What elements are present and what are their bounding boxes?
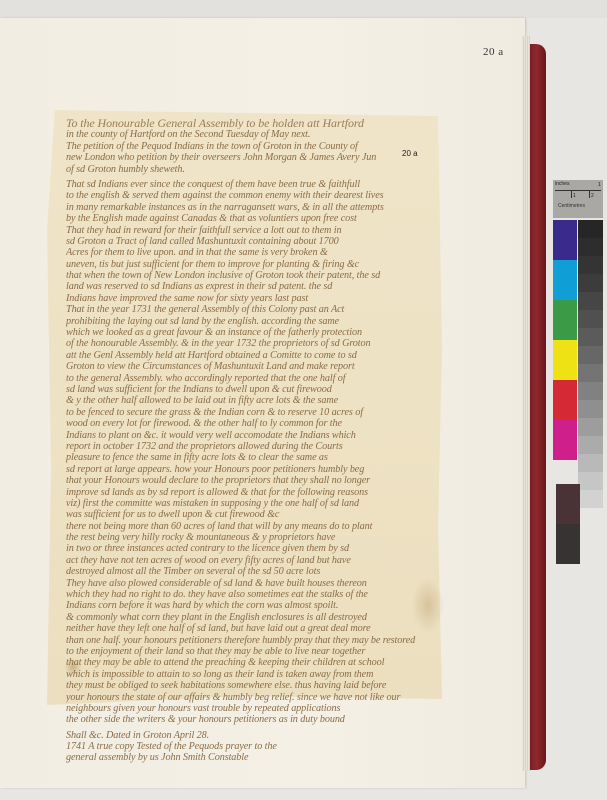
manuscript-line: to the english & served them against the… [66, 190, 438, 201]
gray-step [578, 310, 603, 328]
red-leather-binding [530, 44, 546, 770]
cm-tick [589, 190, 590, 198]
manuscript-line: 1741 A true copy Tested of the Pequods p… [66, 741, 438, 752]
manuscript-line: to the general Assembly. who accordingly… [66, 373, 438, 384]
manuscript-line: by the English made against Canadas & th… [66, 213, 438, 224]
manuscript-line: new London who petition by their oversee… [66, 152, 438, 163]
manuscript-line: there not being more than 60 acres of la… [66, 521, 438, 532]
gray-step [578, 274, 603, 292]
manuscript-line: pleasure to fence the same in fifty acre… [66, 452, 438, 463]
manuscript-line: Acres for them to live upon. and in that… [66, 247, 438, 258]
cm-tick-label: 2 [591, 193, 594, 199]
manuscript-line: Indians have improved the same now for s… [66, 293, 438, 304]
manuscript-line: they must be obliged to seek habitations… [66, 680, 438, 691]
inch-tick-label: 1 [598, 182, 601, 188]
gray-step [578, 364, 603, 382]
manuscript-line: than one half. your honours petitioners … [66, 635, 438, 646]
cm-tick-label: 1 [573, 193, 576, 199]
manuscript-line: that when the town of New London inclusi… [66, 270, 438, 281]
manuscript-line: which is impossible to attain to so long… [66, 669, 438, 680]
manuscript-line: That in the year 1731 the general Assemb… [66, 304, 438, 315]
inches-label: inches [555, 181, 569, 187]
gray-step [578, 346, 603, 364]
manuscript-line: To the Honourable General Assembly to be… [66, 118, 438, 129]
manuscript-line: your honours the state of our affairs & … [66, 692, 438, 703]
manuscript-line: att the Genl Assembly held att Hartford … [66, 350, 438, 361]
color-swatch [553, 300, 577, 340]
gray-step [578, 238, 603, 256]
color-swatch [553, 260, 577, 300]
color-calibration-target: inches 1 1 2 Centimetres [553, 180, 607, 580]
manuscript-line: uneven, tis but just sufficient for them… [66, 259, 438, 270]
color-swatch [553, 220, 577, 260]
manuscript-line: sd land was sufficient for the Indians t… [66, 384, 438, 395]
dark-swatch [556, 524, 580, 564]
manuscript-line: of sd Groton humbly sheweth. [66, 164, 438, 175]
scale-bar: inches 1 1 2 Centimetres [553, 180, 603, 218]
gray-step [578, 328, 603, 346]
manuscript-line: wood on every lot for firewood. & the ot… [66, 418, 438, 429]
manuscript-line: viz) first the committe was mistaken in … [66, 498, 438, 509]
manuscript-line: The petition of the Pequod Indians in th… [66, 141, 438, 152]
manuscript-line: They have also plowed considerable of sd… [66, 578, 438, 589]
manuscript-line: destroyed almost all the Timber on sever… [66, 566, 438, 577]
manuscript-line: improve sd lands as by sd report is allo… [66, 487, 438, 498]
manuscript-line: & y the other half allowed to be laid ou… [66, 395, 438, 406]
manuscript-line: act they have not ten acres of wood on e… [66, 555, 438, 566]
gray-step [578, 454, 603, 472]
cm-tick [571, 190, 572, 198]
manuscript-line: Indians to plant on &c. it would very we… [66, 430, 438, 441]
manuscript-line: general assembly by us John Smith Consta… [66, 752, 438, 763]
manuscript-line: to be fenced to secure the grass & the I… [66, 407, 438, 418]
gray-step [578, 418, 603, 436]
manuscript-line: to the enjoyment of their land so that t… [66, 646, 438, 657]
manuscript-line: Indians corn before it was hard by which… [66, 600, 438, 611]
manuscript-line: that they may be able to attend the prea… [66, 657, 438, 668]
manuscript-text: To the Honourable General Assembly to be… [66, 118, 438, 764]
page-edges [522, 36, 530, 771]
gray-step [578, 220, 603, 238]
manuscript-line: Groton to view the Circumstances of Mash… [66, 361, 438, 372]
manuscript-line: report in october 1732 and the proprieto… [66, 441, 438, 452]
centimetres-label: Centimetres [558, 203, 585, 209]
manuscript-line: which we looked as a great favour & an i… [66, 327, 438, 338]
gray-step [578, 472, 603, 490]
gray-step [578, 400, 603, 418]
manuscript-line: That sd Indians ever since the conquest … [66, 179, 438, 190]
manuscript-line: land was reserved to sd Indians as expre… [66, 281, 438, 292]
gray-step [578, 256, 603, 274]
manuscript-line: of the honourable Assembly. & in the yea… [66, 338, 438, 349]
manuscript-line: in the county of Hartford on the Second … [66, 129, 438, 140]
gray-step [578, 382, 603, 400]
manuscript-line: sd report at large appears. how your Hon… [66, 464, 438, 475]
gray-step [578, 490, 603, 508]
manuscript-line: neighbours given your honours vast troub… [66, 703, 438, 714]
color-swatch [553, 420, 577, 460]
manuscript-line: the other side the writers & your honour… [66, 714, 438, 725]
gray-step [578, 436, 603, 454]
grayscale-steps [578, 220, 603, 508]
color-swatch [553, 340, 577, 380]
dark-swatch [556, 484, 580, 524]
manuscript-line: in two or three instances acted contrary… [66, 543, 438, 554]
manuscript-line: that your Honours would declare to the p… [66, 475, 438, 486]
manuscript-line: in many remarkable instances as in the n… [66, 202, 438, 213]
manuscript-line: Shall &c. Dated in Groton April 28. [66, 730, 438, 741]
scan-top-edge [0, 0, 607, 18]
dark-swatches [556, 484, 580, 564]
manuscript-line: That they had in reward for their faithf… [66, 225, 438, 236]
manuscript-line: & commonly what corn they plant in the E… [66, 612, 438, 623]
color-swatch [553, 380, 577, 420]
gray-step [578, 292, 603, 310]
manuscript-line: was sufficient for us to dwell upon & cu… [66, 509, 438, 520]
page-number: 20 a [483, 46, 504, 58]
manuscript-line: neither have they left one half of sd la… [66, 623, 438, 634]
manuscript-line: which they had no right to do. they have… [66, 589, 438, 600]
manuscript-line: sd Groton a Tract of land called Mashunt… [66, 236, 438, 247]
manuscript-line: the rest being very hilly rocky & mounta… [66, 532, 438, 543]
manuscript-line: prohibiting the laying out sd land by th… [66, 316, 438, 327]
color-swatches [553, 220, 577, 460]
